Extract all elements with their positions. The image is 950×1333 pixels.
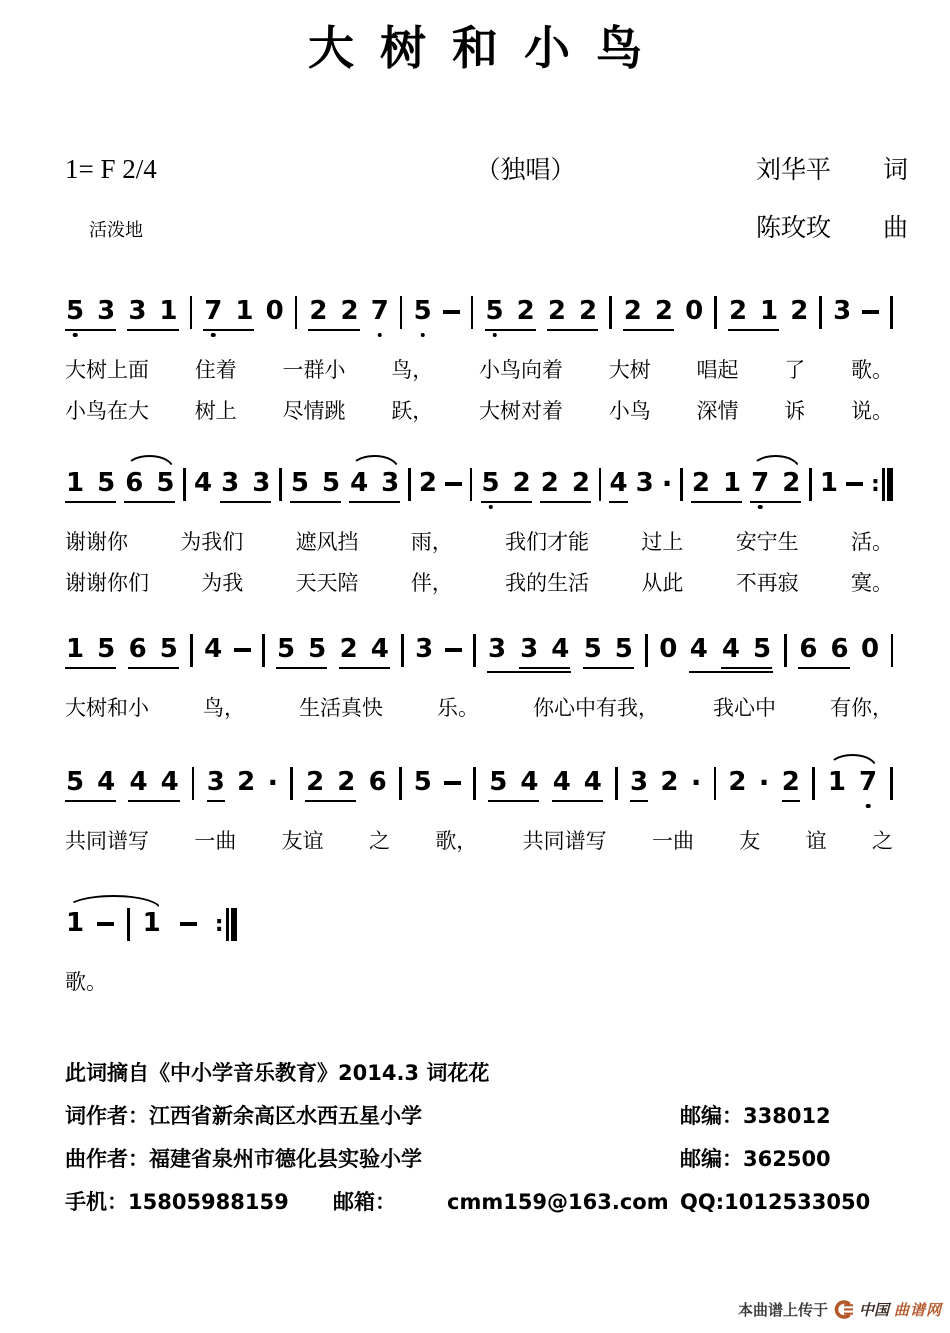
note: 6 [125, 468, 143, 499]
note: 1 [66, 634, 84, 665]
beam-group: 334 [487, 634, 571, 673]
slur-group: 11 [65, 908, 162, 941]
beam-group: 55 [583, 634, 634, 669]
note: 5 [291, 468, 309, 499]
note: 5 [277, 634, 295, 665]
lyric-segment: 我心中 [713, 693, 776, 723]
augmentation-dot: · [691, 767, 702, 798]
lyric-segment: 我的生活 [505, 568, 589, 598]
beam-group: 34 [519, 634, 570, 669]
beam-group: 52 [485, 296, 536, 331]
score: 5331710227552222202123大树上面住着一群小鸟，小鸟向着大树唱… [65, 296, 893, 1039]
beam-group: 15 [65, 634, 116, 669]
barline [599, 468, 602, 501]
note: 1 [143, 908, 161, 939]
lyrics-row: 谢谢你为我们遮风挡雨，我们才能过上安宁生活。 [65, 527, 893, 557]
note: 3 [415, 634, 433, 665]
barline [408, 468, 411, 501]
lyric-segment: 唱起 [697, 355, 739, 385]
score-line: 11:歌。 [65, 908, 893, 997]
note: 4 [690, 634, 708, 665]
lyric-segment: 尽情跳 [283, 396, 346, 426]
note: 2 [579, 296, 597, 327]
lyric-segment: 一曲 [652, 826, 694, 856]
lyric-segment: 寞。 [851, 568, 893, 598]
score-line: 544432·2265544432·2·217共同谱写一曲友谊之歌，共同谱写一曲… [65, 767, 893, 856]
notes-row: 5331710227552222202123 [65, 296, 893, 344]
note: 2 [517, 296, 535, 327]
note: 4 [204, 634, 222, 665]
note: 4 [520, 767, 538, 798]
lyric-segment: 小鸟在大 [65, 396, 149, 426]
barline [809, 468, 812, 501]
note: 4 [551, 634, 569, 665]
lyric-segment: 歌， [435, 826, 477, 856]
note: 7 [859, 767, 877, 798]
note: 2 [729, 296, 747, 327]
slur-group: 65 [124, 468, 175, 503]
barline [615, 767, 618, 800]
note: 1 [66, 468, 84, 499]
octave-dot [758, 505, 763, 510]
barline [262, 634, 265, 667]
note: 5 [414, 296, 432, 327]
slur-group: 72 [750, 468, 801, 503]
footer-notes: 此词摘自《中小学音乐教育》2014.3 词花花 词作者：江西省新余高区水西五星小… [65, 1058, 893, 1230]
augmentation-dot: · [662, 468, 673, 499]
lyric-segment: 活。 [851, 527, 893, 557]
lyric-segment: 大树和小 [65, 693, 149, 723]
lyric-segment: 共同谱写 [65, 826, 149, 856]
note: 2 [572, 468, 590, 499]
composer-info-row: 曲作者：福建省泉州市德化县实验小学 邮编：362500 [65, 1144, 893, 1174]
lyric-segment: 之 [872, 826, 893, 856]
note: 2 [309, 296, 327, 327]
barline [290, 767, 293, 800]
lyric-segment: 从此 [641, 568, 683, 598]
note: 6 [369, 767, 387, 798]
watermark: 本曲谱上传于 中国 曲谱网 [738, 1299, 942, 1320]
barline-thick [231, 908, 237, 941]
score-line: 1565455243334550445660大树和小鸟，生活真快乐。你心中有我，… [65, 634, 893, 723]
lyric-segment: 谊 [806, 826, 827, 856]
beam-group: 54 [65, 767, 116, 802]
note: 5 [308, 634, 326, 665]
beam-group: 33 [220, 468, 271, 503]
sheet-music-page: 大树和小鸟 1= F 2/4 （独唱） 刘华平 词 活泼地 陈玫玫 曲 5331… [0, 0, 950, 1333]
lyric-segment: 安宁生 [736, 527, 799, 557]
email-address: cmm159@163.com [447, 1187, 669, 1217]
barline [470, 468, 473, 501]
barline [190, 634, 193, 667]
note: 6 [799, 634, 817, 665]
note: 3 [97, 296, 115, 327]
note: 5 [160, 634, 178, 665]
barline [400, 296, 403, 329]
barline [190, 296, 193, 329]
beam-group: 55 [290, 468, 341, 503]
lyric-segment: 歌。 [851, 355, 893, 385]
lyric-segment: 跃， [391, 396, 433, 426]
duration-dash [443, 310, 460, 314]
barline [609, 296, 612, 329]
note: 4 [97, 767, 115, 798]
site-logo-icon [833, 1300, 854, 1319]
lyrics-row: 共同谱写一曲友谊之歌，共同谱写一曲友谊之 [65, 826, 893, 856]
note: 2 [782, 468, 800, 499]
beam-group: 71 [203, 296, 254, 331]
lyric-segment: 深情 [697, 396, 739, 426]
lyricist-school: 词作者：江西省新余高区水西五星小学 [65, 1104, 422, 1128]
note: 1 [760, 296, 778, 327]
duration-dash [862, 310, 879, 314]
barline [784, 634, 787, 667]
note: 4 [194, 468, 212, 499]
contact-row: 手机：15805988159 邮箱： cmm159@163.com QQ:101… [65, 1187, 893, 1217]
notes-row: 156543355432522243·21721: [65, 468, 893, 516]
lyricist-role: 词 [883, 150, 908, 186]
note: 2 [341, 296, 359, 327]
note: 3 [207, 767, 225, 802]
note: 1 [235, 296, 253, 327]
barline [127, 908, 130, 941]
note: 2 [306, 767, 324, 798]
lyric-segment: 歌。 [65, 967, 107, 997]
note: 5 [414, 767, 432, 798]
note: 1 [66, 908, 84, 939]
lyric-segment: 友谊 [282, 826, 324, 856]
slur-group: 17 [827, 767, 878, 798]
barline [714, 767, 717, 800]
note: 5 [482, 468, 500, 499]
note: 4 [553, 767, 571, 798]
note: 4 [129, 767, 147, 798]
beam-group: 24 [339, 634, 390, 669]
note: 1 [820, 468, 838, 499]
barline [819, 296, 822, 329]
note: 7 [204, 296, 222, 327]
beam-group: 65 [128, 634, 179, 669]
lyric-segment: 你心中有我， [533, 693, 659, 723]
composer-credit: 陈玫玫 曲 [756, 208, 908, 244]
note: 3 [833, 296, 851, 327]
lyricist-name: 刘华平 [756, 150, 831, 186]
note: 5 [753, 634, 771, 665]
beam-group: 22 [540, 468, 591, 503]
repeat-end-barline: : [215, 908, 237, 941]
lyric-segment: 住着 [195, 355, 237, 385]
barline-thick [887, 468, 893, 501]
octave-dot [866, 804, 871, 809]
barline [279, 468, 282, 501]
lyricist-credit: 刘华平 词 [756, 150, 908, 186]
note: 2 [790, 296, 808, 327]
notes-row: 1565455243334550445660 [65, 634, 893, 682]
repeat-dots: : [215, 908, 224, 941]
note: 4 [609, 468, 627, 503]
lyric-segment: 大树 [609, 355, 651, 385]
note: 7 [371, 296, 389, 327]
note: 5 [489, 767, 507, 798]
composer-postcode: 邮编：362500 [680, 1144, 831, 1174]
mobile-number: 手机：15805988159 [65, 1190, 289, 1214]
lyric-segment: 有你， [830, 693, 893, 723]
octave-dot [492, 333, 497, 338]
augmentation-dot: · [267, 767, 278, 798]
repeat-dots: : [871, 468, 880, 501]
slur-arc [751, 455, 800, 469]
barline-thin [226, 908, 229, 941]
note: 2 [624, 296, 642, 327]
note: 2 [692, 468, 710, 499]
lyric-segment: 一曲 [194, 826, 236, 856]
lyric-segment: 大树上面 [65, 355, 149, 385]
site-name-dark: 中国 [859, 1299, 889, 1320]
lyric-segment: 谢谢你们 [65, 568, 149, 598]
note: 3 [636, 468, 654, 499]
barline [473, 767, 476, 800]
repeat-end-barline: : [871, 468, 893, 501]
octave-dot [488, 505, 493, 510]
note: 3 [488, 634, 506, 665]
lyric-segment: 说。 [851, 396, 893, 426]
lyric-segment: 我们才能 [505, 527, 589, 557]
note: 3 [252, 468, 270, 499]
lyric-segment: 谢谢你 [65, 527, 128, 557]
duration-dash [444, 781, 461, 785]
lyrics-row: 小鸟在大树上尽情跳跃，大树对着小鸟深情诉说。 [65, 396, 893, 426]
barline [890, 296, 893, 329]
note: 3 [128, 296, 146, 327]
note: 6 [830, 634, 848, 665]
note: 5 [66, 296, 84, 327]
lyric-segment: 大树对着 [479, 396, 563, 426]
note: 5 [322, 468, 340, 499]
barline [192, 767, 195, 800]
note: 5 [66, 767, 84, 798]
octave-dot [378, 333, 383, 338]
beam-group: 15 [65, 468, 116, 503]
beam-group: 44 [552, 767, 603, 802]
note: 5 [615, 634, 633, 665]
beam-group: 21 [728, 296, 779, 331]
watermark-prefix: 本曲谱上传于 [738, 1299, 828, 1320]
note: 3 [221, 468, 239, 499]
notes-row: 11: [65, 908, 893, 956]
note: 5 [584, 634, 602, 665]
note: 2 [660, 767, 678, 798]
note: 3 [381, 468, 399, 499]
lyricist-info-row: 词作者：江西省新余高区水西五星小学 邮编：338012 [65, 1101, 893, 1131]
source-note: 此词摘自《中小学音乐教育》2014.3 词花花 [65, 1058, 893, 1088]
duration-dash [180, 922, 197, 926]
lyrics-row: 歌。 [65, 967, 893, 997]
lyrics-row: 大树上面住着一群小鸟，小鸟向着大树唱起了歌。 [65, 355, 893, 385]
note: 2 [340, 634, 358, 665]
notes-row: 544432·2265544432·2·217 [65, 767, 893, 815]
key-time-signature: 1= F 2/4 [65, 154, 295, 185]
duration-dash [445, 648, 462, 652]
duration-dash [234, 648, 251, 652]
composer-name: 陈玫玫 [756, 208, 831, 244]
note: 5 [156, 468, 174, 499]
barline [812, 767, 815, 800]
lyric-segment: 生活真快 [299, 693, 383, 723]
octave-dot [211, 333, 216, 338]
lyric-segment: 小鸟向着 [479, 355, 563, 385]
octave-dot [73, 333, 78, 338]
note: 4 [584, 767, 602, 798]
note: 2 [728, 767, 746, 798]
slur-group: 43 [349, 468, 400, 503]
duration-dash [445, 482, 462, 486]
note: 2 [513, 468, 531, 499]
barline [399, 767, 402, 800]
site-name-accent: 曲谱网 [894, 1299, 942, 1320]
beam-group: 22 [547, 296, 598, 331]
lyric-segment: 共同谱写 [523, 826, 607, 856]
lyric-segment: 为我们 [180, 527, 243, 557]
barline [471, 296, 474, 329]
lyric-segment: 鸟， [391, 355, 433, 385]
beam-group: 55 [276, 634, 327, 669]
lyric-segment: 天天陪 [296, 568, 359, 598]
lyric-segment: 乐。 [437, 693, 479, 723]
lyric-segment: 过上 [641, 527, 683, 557]
octave-dot [420, 333, 425, 338]
beam-group: 22 [623, 296, 674, 331]
beam-group: 22 [308, 296, 359, 331]
lyrics-row: 谢谢你们为我天天陪伴，我的生活从此不再寂寞。 [65, 568, 893, 598]
slur-arc [125, 455, 174, 469]
beam-group: 52 [481, 468, 532, 503]
song-title: 大树和小鸟 [0, 12, 950, 78]
composer-role: 曲 [883, 208, 908, 244]
beam-group: 21 [691, 468, 742, 503]
duration-dash [97, 922, 114, 926]
note: 2 [541, 468, 559, 499]
note: 3 [520, 634, 538, 665]
augmentation-dot: · [759, 767, 770, 798]
slur-arc [66, 895, 161, 909]
barline [645, 634, 648, 667]
composer-school: 曲作者：福建省泉州市德化县实验小学 [65, 1147, 422, 1171]
note: 1 [159, 296, 177, 327]
score-line: 5331710227552222202123大树上面住着一群小鸟，小鸟向着大树唱… [65, 296, 893, 426]
lyric-segment: 不再寂 [736, 568, 799, 598]
note: 0 [659, 634, 677, 665]
lyricist-postcode: 邮编：338012 [680, 1101, 831, 1131]
note: 2 [237, 767, 255, 798]
performance-type: （独唱） [295, 150, 756, 186]
note: 1 [723, 468, 741, 499]
barline [714, 296, 717, 329]
beam-group: 45 [721, 634, 772, 669]
lyric-segment: 小鸟 [609, 396, 651, 426]
note: 6 [129, 634, 147, 665]
lyric-segment: 诉 [784, 396, 805, 426]
duration-dash [846, 482, 863, 486]
lyric-segment: 遮风挡 [296, 527, 359, 557]
note: 3 [630, 767, 648, 802]
barline-thin [882, 468, 885, 501]
header-row: 1= F 2/4 （独唱） 刘华平 词 [65, 150, 908, 186]
beam-group: 445 [689, 634, 773, 673]
lyric-segment: 为我 [201, 568, 243, 598]
note: 1 [828, 767, 846, 798]
note: 4 [350, 468, 368, 499]
note: 2 [337, 767, 355, 798]
note: 4 [161, 767, 179, 798]
note: 5 [97, 468, 115, 499]
barline [891, 634, 894, 667]
beam-group: 44 [128, 767, 179, 802]
note: 5 [486, 296, 504, 327]
note: 2 [782, 767, 800, 802]
lyric-segment: 雨， [411, 527, 453, 557]
beam-group: 22 [305, 767, 356, 802]
lyric-segment: 之 [369, 826, 390, 856]
barline [473, 634, 476, 667]
header-row-2: 活泼地 陈玫玫 曲 [65, 208, 908, 244]
lyric-segment: 伴， [411, 568, 453, 598]
barline [401, 634, 404, 667]
lyric-segment: 一群小 [283, 355, 346, 385]
note: 0 [861, 634, 879, 665]
note: 2 [548, 296, 566, 327]
note: 7 [751, 468, 769, 499]
lyric-segment: 鸟， [203, 693, 245, 723]
lyrics-row: 大树和小鸟，生活真快乐。你心中有我，我心中有你， [65, 693, 893, 723]
note: 4 [371, 634, 389, 665]
barline [295, 296, 298, 329]
tempo-marking: 活泼地 [89, 216, 756, 242]
beam-group: 54 [488, 767, 539, 802]
note: 0 [685, 296, 703, 327]
barline [183, 468, 186, 501]
beam-group: 53 [65, 296, 116, 331]
qq-number: QQ:1012533050 [680, 1187, 870, 1217]
note: 2 [655, 296, 673, 327]
note: 5 [97, 634, 115, 665]
slur-arc [350, 455, 399, 469]
beam-group: 66 [798, 634, 849, 669]
note: 4 [722, 634, 740, 665]
barline [890, 767, 893, 800]
lyric-segment: 了 [784, 355, 805, 385]
note: 0 [266, 296, 284, 327]
note: 2 [419, 468, 437, 499]
slur-arc [828, 754, 877, 768]
lyric-segment: 友 [739, 826, 760, 856]
email-label: 邮箱： [333, 1187, 396, 1217]
score-line: 156543355432522243·21721:谢谢你为我们遮风挡雨，我们才能… [65, 468, 893, 598]
lyric-segment: 树上 [195, 396, 237, 426]
beam-group: 31 [127, 296, 178, 331]
barline [680, 468, 683, 501]
